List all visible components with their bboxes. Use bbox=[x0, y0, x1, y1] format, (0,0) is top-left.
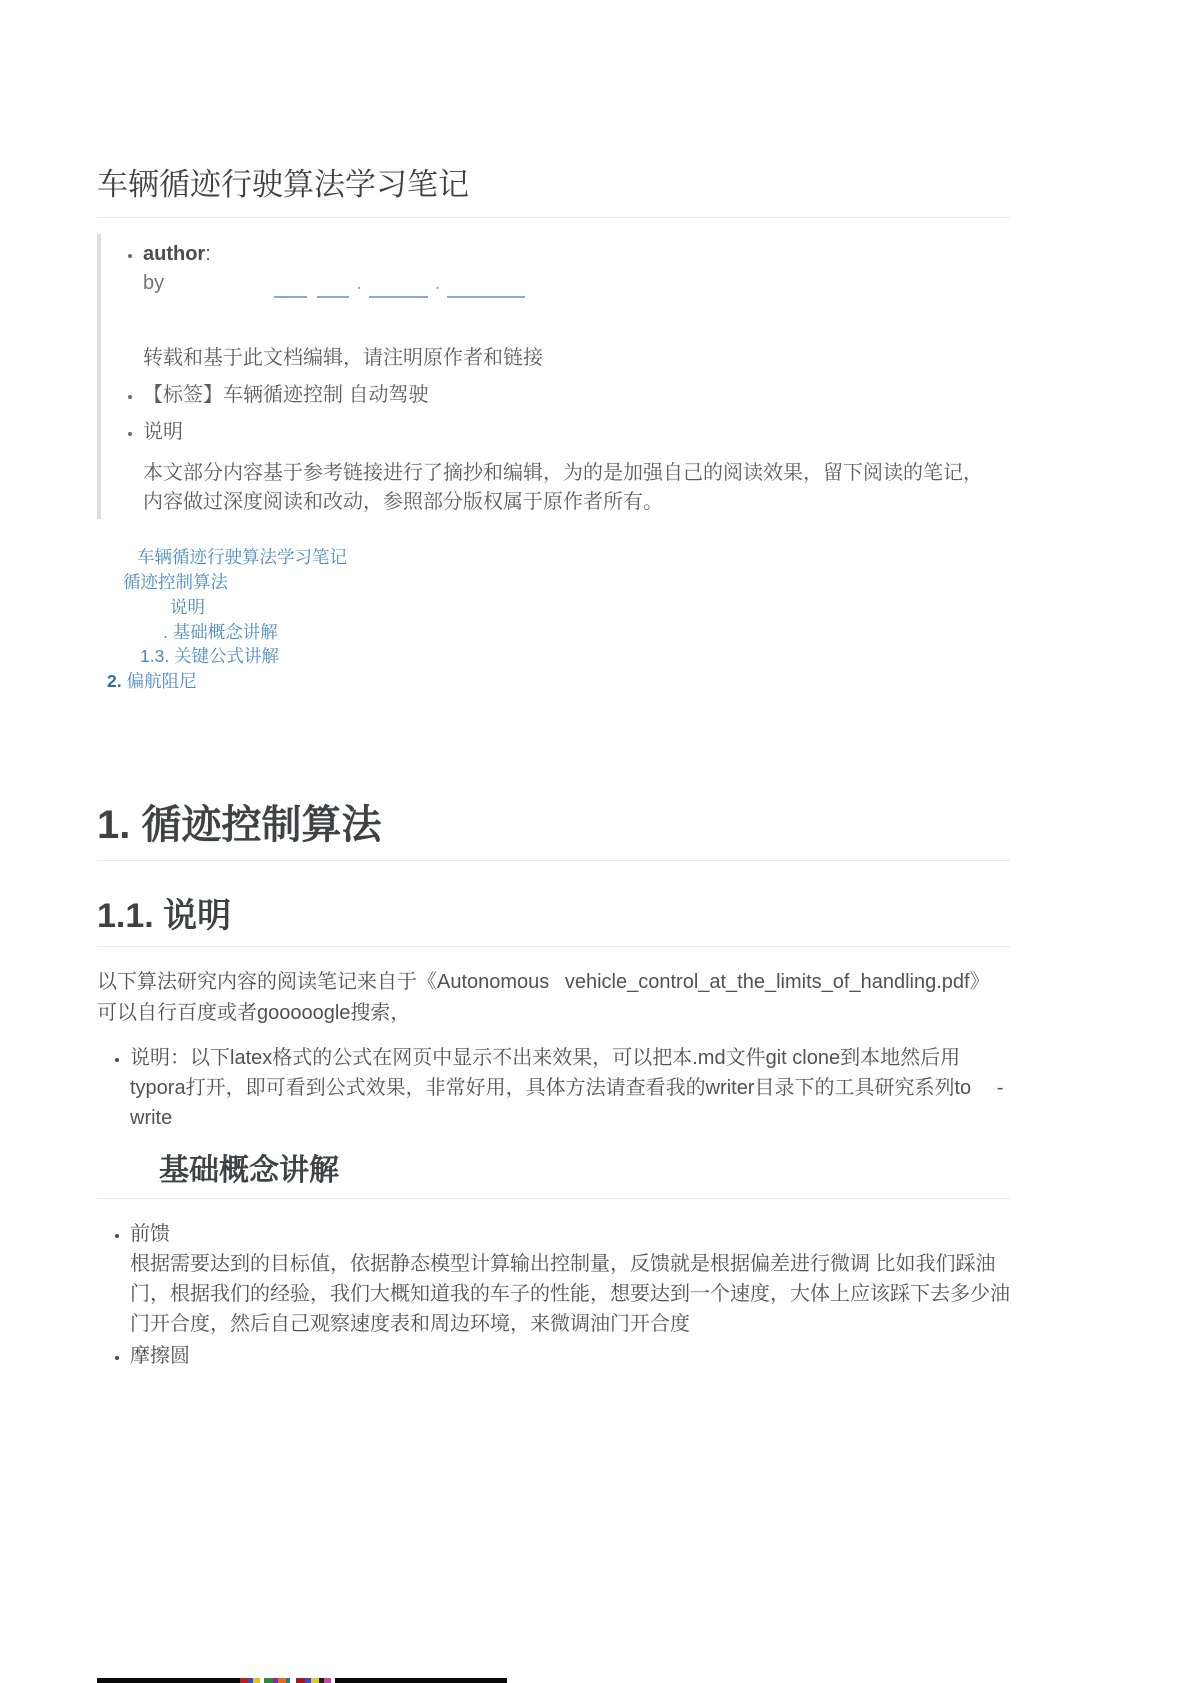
toc-item-key-formulas[interactable]: 1.3. 关键公式讲解 bbox=[97, 644, 1010, 669]
subsection-heading-basic-concepts: 基础概念讲解 bbox=[97, 1151, 1010, 1199]
page-title: 车辆循迹行驶算法学习笔记 bbox=[97, 165, 1010, 218]
note-label: 说明 bbox=[143, 418, 994, 447]
author-link-3[interactable] bbox=[369, 278, 428, 298]
toc-item-basic-concepts[interactable]: . 基础概念讲解 bbox=[97, 620, 1010, 645]
source-paragraph: 以下算法研究内容的阅读笔记来自于《Autonomous vehicle_cont… bbox=[97, 967, 1010, 1029]
author-link-2[interactable] bbox=[317, 278, 349, 298]
author-colon: : bbox=[205, 243, 211, 265]
author-item: author: by.. 转载和基于此文档编辑，请注明原作者和链接 bbox=[143, 240, 994, 373]
concepts-list: 前馈 根据需要达到的目标值，依据静态模型计算输出控制量，反馈就是根据偏差进行微调… bbox=[97, 1219, 1010, 1371]
repost-note: 转载和基于此文档编辑，请注明原作者和链接 bbox=[143, 344, 994, 373]
intro-list: author: by.. 转载和基于此文档编辑，请注明原作者和链接 【标签】车辆… bbox=[121, 240, 994, 517]
table-of-contents: 车辆循迹行驶算法学习笔记 循迹控制算法 说明 . 基础概念讲解 1.3. 关键公… bbox=[97, 545, 1010, 694]
toc-item-tracking-control[interactable]: 循迹控制算法 bbox=[97, 570, 1010, 595]
friction-circle-item: 摩擦圆 bbox=[130, 1341, 1010, 1371]
link-separator: . bbox=[435, 272, 441, 294]
section-heading-tracking-control: 1. 循迹控制算法 bbox=[97, 800, 1010, 861]
by-label: by bbox=[143, 272, 164, 294]
feedforward-item: 前馈 根据需要达到的目标值，依据静态模型计算输出控制量，反馈就是根据偏差进行微调… bbox=[130, 1219, 1010, 1339]
author-line: author: bbox=[143, 240, 994, 269]
subsection-heading-shuoming: 1.1. 说明 bbox=[97, 895, 1010, 947]
toc-item-shuoming[interactable]: 说明 bbox=[97, 595, 1010, 620]
note-item: 说明 本文部分内容基于参考链接进行了摘抄和编辑，为的是加强自己的阅读效果，留下阅… bbox=[143, 418, 994, 517]
document-page: 车辆循迹行驶算法学习笔记 author: by.. 转载和基于此文档编辑，请注明… bbox=[97, 0, 1010, 1371]
author-link-1[interactable] bbox=[274, 278, 307, 298]
intro-blockquote: author: by.. 转载和基于此文档编辑，请注明原作者和链接 【标签】车辆… bbox=[97, 234, 1010, 519]
toc-item-yaw-damping[interactable]: 2.偏航阻尼 bbox=[97, 669, 1010, 694]
author-link-4[interactable] bbox=[447, 278, 525, 298]
tags-item: 【标签】车辆循迹控制 自动驾驶 bbox=[143, 381, 994, 410]
toc-item-label: 偏航阻尼 bbox=[127, 671, 197, 691]
author-label: author bbox=[143, 243, 205, 265]
byline: by.. bbox=[143, 269, 994, 298]
latex-note-list: 说明：以下latex格式的公式在网页中显示不出来效果，可以把本.md文件git … bbox=[97, 1043, 1010, 1133]
note-body: 本文部分内容基于参考链接进行了摘抄和编辑，为的是加强自己的阅读效果，留下阅读的笔… bbox=[143, 459, 994, 517]
cropped-image-sliver bbox=[97, 1678, 507, 1683]
glitch-pixels bbox=[240, 1678, 335, 1683]
toc-item-number: 2. bbox=[107, 671, 122, 691]
toc-item-title[interactable]: 车辆循迹行驶算法学习笔记 bbox=[97, 545, 1010, 570]
link-separator: . bbox=[356, 272, 362, 294]
latex-note-item: 说明：以下latex格式的公式在网页中显示不出来效果，可以把本.md文件git … bbox=[130, 1043, 1010, 1133]
